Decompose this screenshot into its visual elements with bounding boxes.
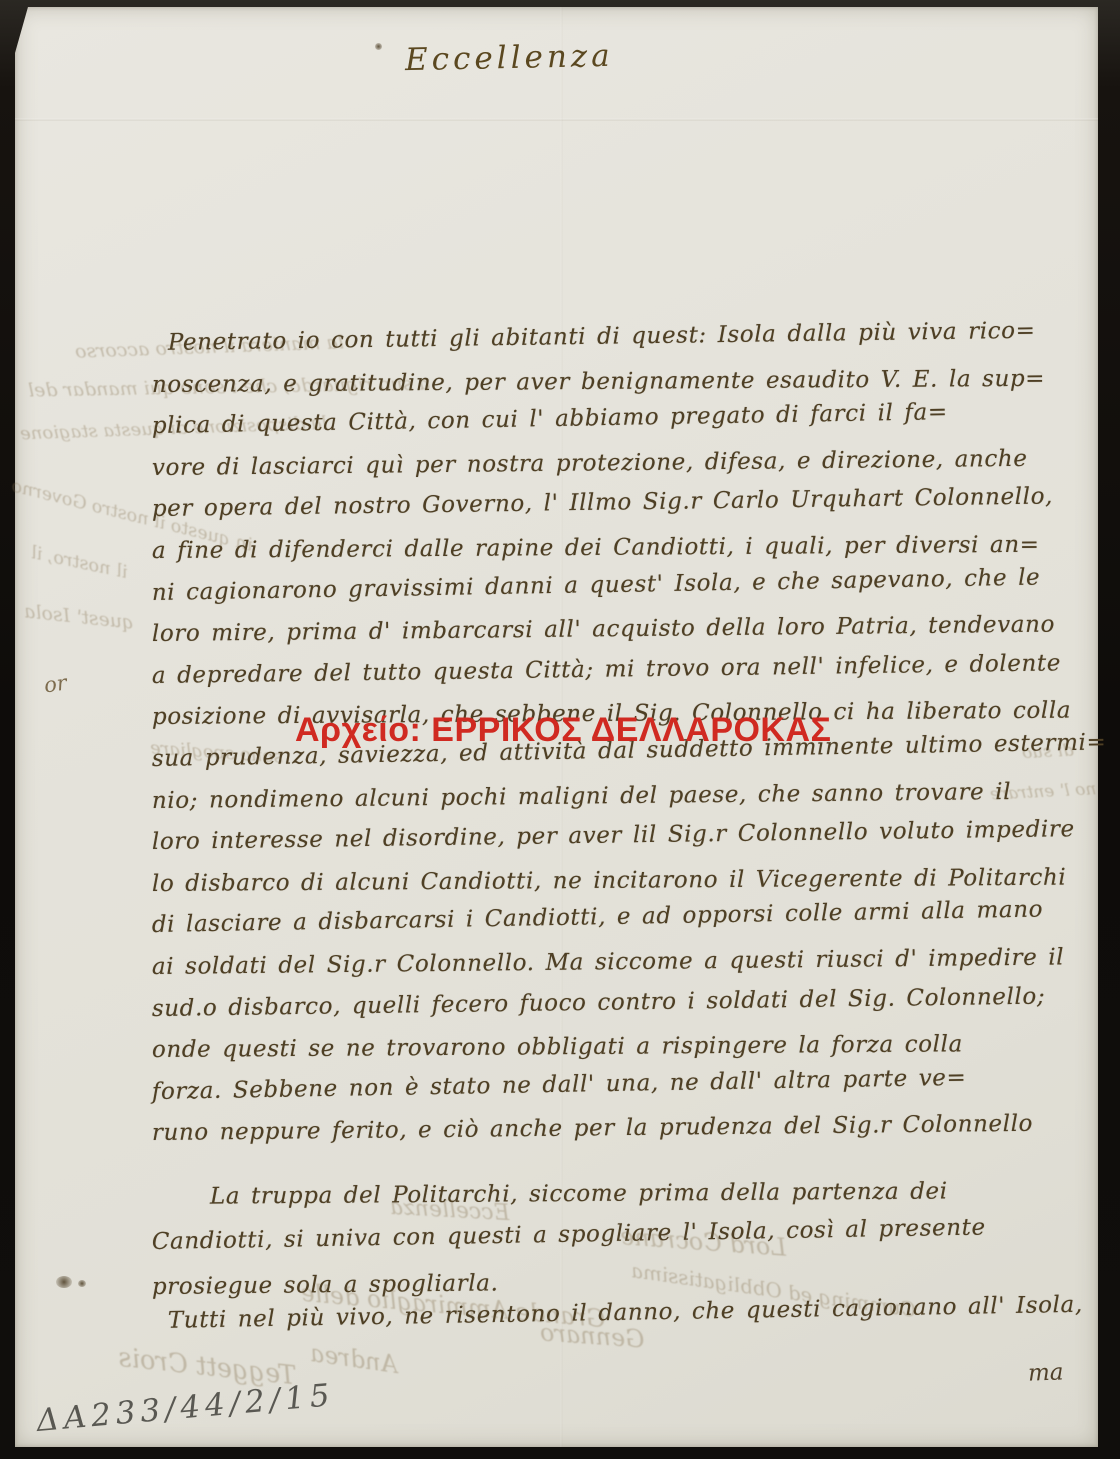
manuscript-line: runo neppure ferito, e ciò anche per la … — [152, 1110, 1097, 1161]
corner-fold — [13, 0, 33, 8]
letter-salutation: Eccellenza — [405, 38, 614, 78]
archive-watermark: Αρχείο: ΕΡΡΙΚΟΣ ΔΕΛΛΑΡΟΚΑΣ — [295, 711, 831, 750]
fold-crease-horizontal — [15, 118, 1098, 121]
ink-stain — [78, 1280, 86, 1287]
ink-stain — [375, 43, 382, 50]
ink-stain — [56, 1276, 72, 1288]
scanned-letter-screenshot: la maniera il nostro accorsoa suo riguar… — [0, 0, 1120, 1459]
margin-ink-mark: or — [42, 671, 68, 698]
catchword: ma — [1028, 1359, 1064, 1386]
letter-paragraph: Tutti nel più vivo, ne risentono il dann… — [152, 1308, 1097, 1350]
